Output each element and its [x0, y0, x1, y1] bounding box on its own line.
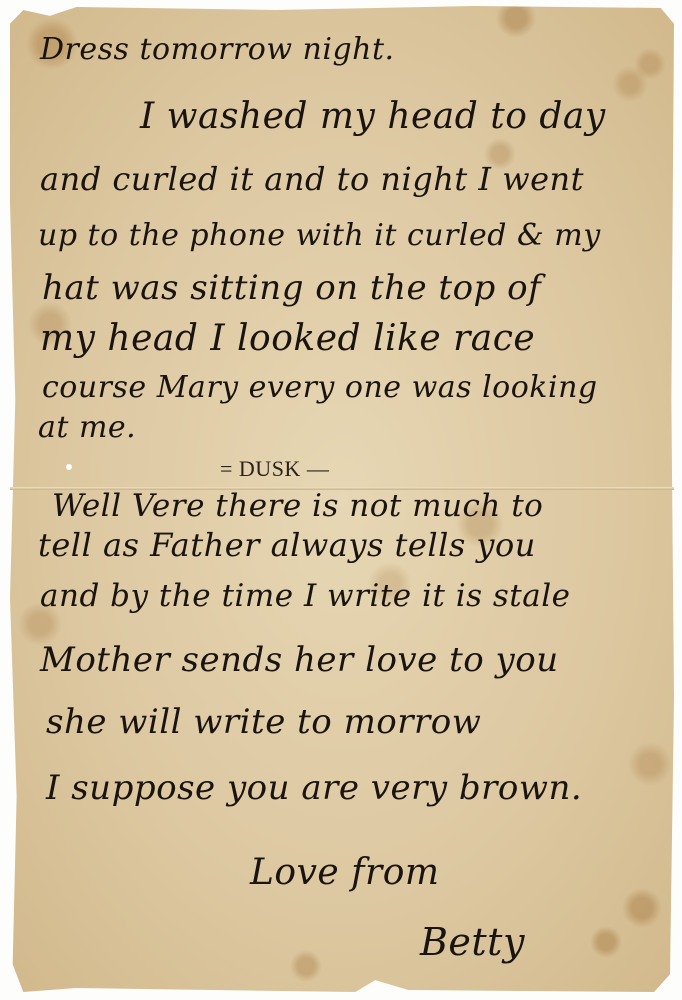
- signature: Betty: [420, 920, 525, 964]
- letter-line-13: she will write to morrow: [46, 702, 481, 742]
- heading-text: DUSK: [239, 456, 301, 481]
- letter-line-8: at me.: [38, 410, 136, 445]
- printed-heading: = DUSK —: [220, 456, 329, 482]
- letter-line-4: up to the phone with it curled & my: [38, 218, 601, 253]
- letter-line-10: tell as Father always tells you: [38, 526, 536, 564]
- heading-dash-left: =: [220, 456, 233, 481]
- heading-dash-right: —: [307, 456, 330, 481]
- letter-line-1: Dress tomorrow night.: [40, 32, 395, 67]
- letter-line-7: course Mary every one was looking: [42, 370, 598, 405]
- letter-line-12: Mother sends her love to you: [40, 640, 559, 680]
- letter-line-6: my head I looked like race: [40, 318, 535, 359]
- closing-line: Love from: [250, 852, 440, 893]
- letter-line-14: I suppose you are very brown.: [46, 768, 582, 808]
- letter-line-2: I washed my head to day: [140, 96, 606, 137]
- letter-line-11: and by the time I write it is stale: [40, 578, 570, 614]
- letter-line-9: Well Vere there is not much to: [52, 488, 543, 524]
- letter-line-5: hat was sitting on the top of: [42, 268, 541, 308]
- pin-hole: [66, 464, 72, 470]
- letter-line-3: and curled it and to night I went: [40, 160, 584, 198]
